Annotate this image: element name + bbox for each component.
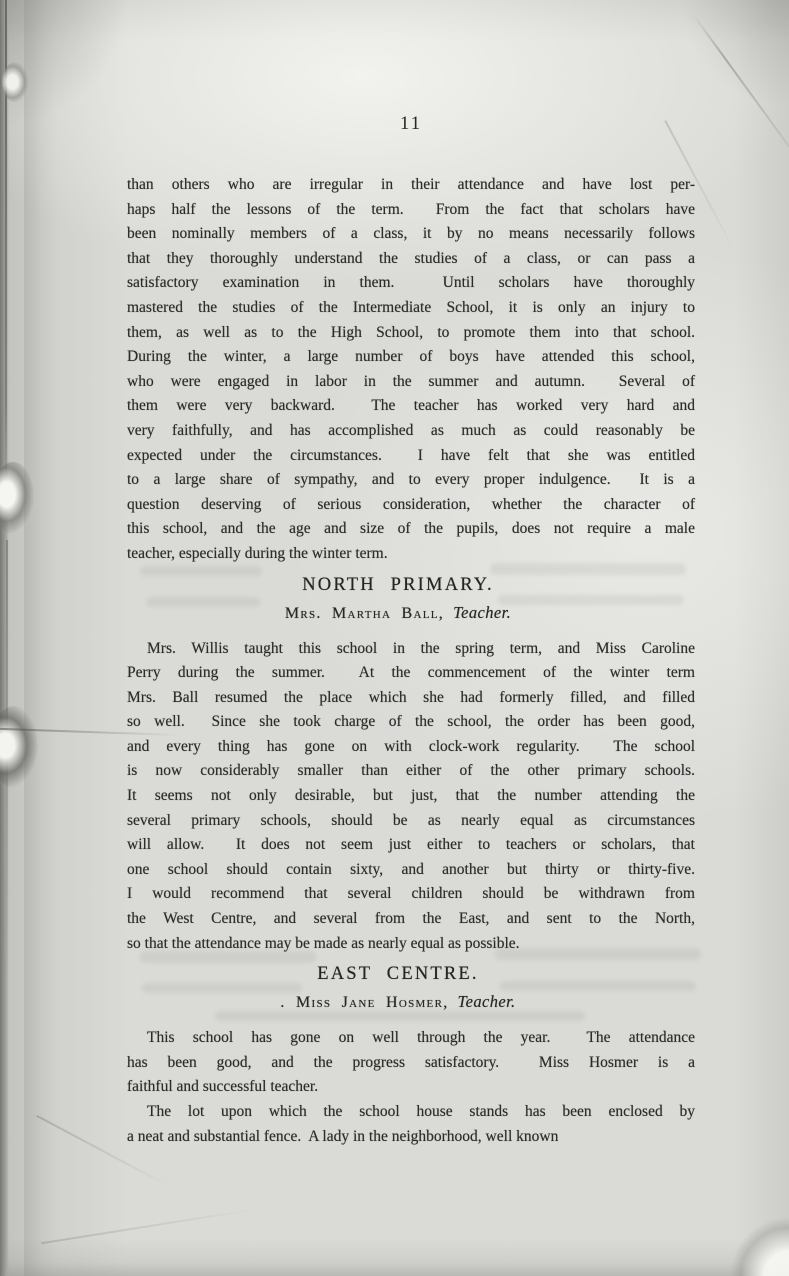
text-line: than others who are irregular in their a… [127, 173, 695, 198]
teacher-byline: Mrs. Martha Ball, Teacher. [114, 599, 682, 628]
paragraph: The lot upon which the school house stan… [127, 1100, 695, 1149]
text-line: will allow. It does not seem just either… [127, 833, 695, 858]
text-line: Perry during the summer. At the commence… [127, 661, 695, 686]
text-line: haps half the lessons of the term. From … [127, 198, 695, 223]
paragraph: Mrs. Willis taught this school in the sp… [127, 637, 695, 957]
paper-nick [2, 62, 28, 102]
teacher-role: Teacher. [453, 603, 511, 622]
section-heading-east-centre: EAST CENTRE. [114, 960, 682, 988]
text-line: one school should contain sixty, and ano… [127, 858, 695, 883]
text-line: faithful and successful teacher. [127, 1075, 695, 1100]
text-line: teacher, especially during the winter te… [127, 542, 695, 567]
text-line: During the winter, a large number of boy… [127, 345, 695, 370]
text-line: and every thing has gone on with clock-w… [127, 735, 695, 760]
paper-crease [41, 1208, 259, 1244]
text-line: that they thoroughly understand the stud… [127, 247, 695, 272]
page-body: than others who are irregular in their a… [127, 173, 695, 1149]
page-corner-curl [699, 1206, 789, 1276]
section-heading-north-primary: NORTH PRIMARY. [114, 571, 682, 599]
text-line: very faithfully, and has accomplished as… [127, 419, 695, 444]
teacher-name: Mrs. Martha Ball, [285, 605, 444, 622]
text-line: mastered the studies of the Intermediate… [127, 296, 695, 321]
paragraph: This school has gone on well through the… [127, 1026, 695, 1100]
text-line: them, as well as to the High School, to … [127, 321, 695, 346]
text-line: so well. Since she took charge of the sc… [127, 710, 695, 735]
text-line: a neat and substantial fence. A lady in … [127, 1125, 695, 1150]
text-line: is now considerably smaller than either … [127, 759, 695, 784]
page-number: 11 [127, 113, 695, 135]
scanned-report-page: 11 than others who are irregular in thei… [0, 0, 789, 1276]
text-line: them were very backward. The teacher has… [127, 394, 695, 419]
text-line: to a large share of sympathy, and to eve… [127, 468, 695, 493]
text-line: The lot upon which the school house stan… [127, 1100, 695, 1125]
text-line: the West Centre, and several from the Ea… [127, 907, 695, 932]
text-line: expected under the circumstances. I have… [127, 444, 695, 469]
text-line: this school, and the age and size of the… [127, 517, 695, 542]
text-line: been nominally members of a class, it by… [127, 222, 695, 247]
text-line: It seems not only desirable, but just, t… [127, 784, 695, 809]
page-left-edge-highlight [8, 0, 24, 1276]
text-line: I would recommend that several children … [127, 882, 695, 907]
text-line: question deserving of serious considerat… [127, 493, 695, 518]
teacher-name: . Miss Jane Hosmer, [280, 994, 448, 1011]
text-line: Mrs. Willis taught this school in the sp… [127, 637, 695, 662]
text-line: This school has gone on well through the… [127, 1026, 695, 1051]
text-line: satisfactory examination in them. Until … [127, 271, 695, 296]
text-line: has been good, and the progress satisfac… [127, 1051, 695, 1076]
text-line: who were engaged in labor in the summer … [127, 370, 695, 395]
text-line: so that the attendance may be made as ne… [127, 932, 695, 957]
text-line: several primary schools, should be as ne… [127, 809, 695, 834]
teacher-byline: . Miss Jane Hosmer, Teacher. [114, 988, 682, 1017]
paper-crease [692, 14, 789, 157]
paragraph: than others who are irregular in their a… [127, 173, 695, 567]
text-line: Mrs. Ball resumed the place which she ha… [127, 686, 695, 711]
teacher-role: Teacher. [458, 992, 516, 1011]
binding-fold-shadow [24, 0, 58, 1276]
